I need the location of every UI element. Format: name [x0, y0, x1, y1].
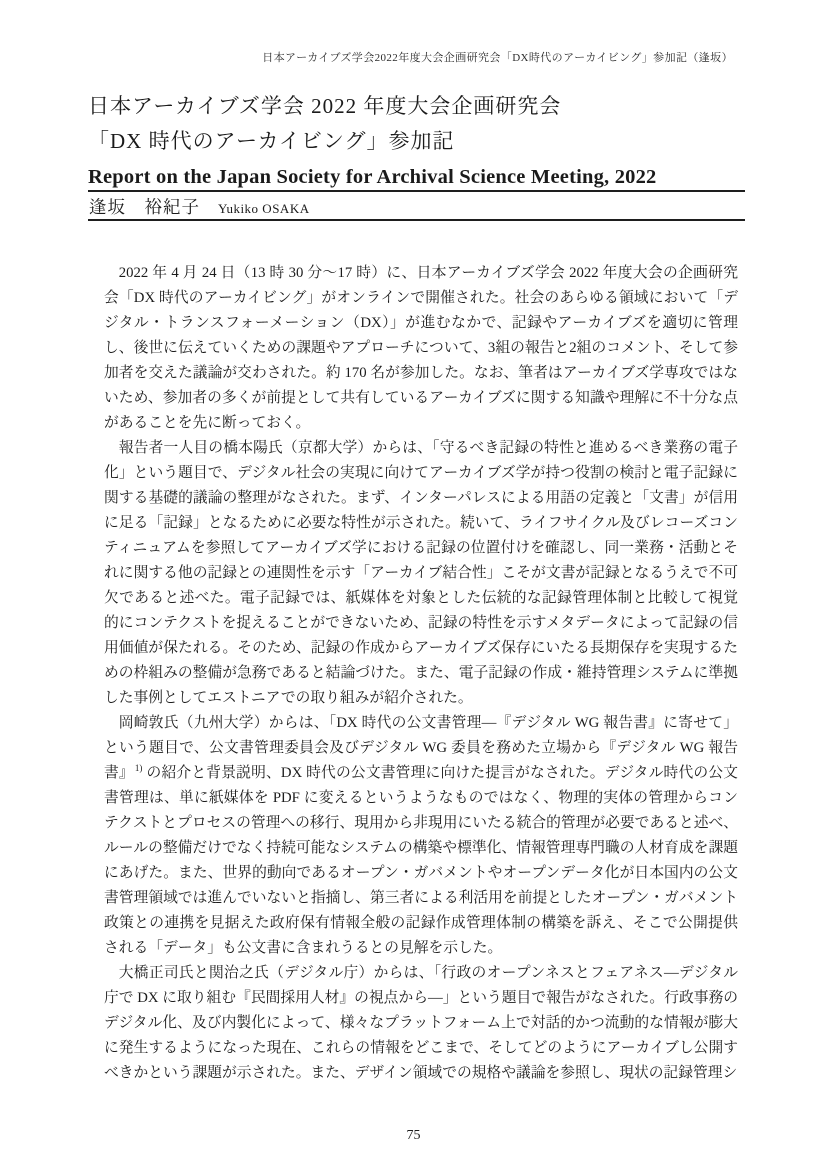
- author-block-bottom-rule: [88, 219, 745, 221]
- author-name-romanized: Yukiko OSAKA: [218, 201, 310, 216]
- author-name-japanese: 逢坂 裕紀子: [89, 197, 200, 217]
- article-body: 2022 年 4 月 24 日（13 時 30 分～17 時）に、日本アーカイブ…: [104, 261, 738, 1086]
- running-header: 日本アーカイブズ学会2022年度大会企画研究会「DX時代のアーカイビング」参加記…: [88, 49, 733, 65]
- article-title-line1: 日本アーカイブズ学会 2022 年度大会企画研究会: [88, 89, 745, 124]
- paragraph-introduction: 2022 年 4 月 24 日（13 時 30 分～17 時）に、日本アーカイブ…: [104, 261, 738, 436]
- article-title-line2: 「DX 時代のアーカイビング」参加記: [88, 124, 745, 159]
- article-title-english: Report on the Japan Society for Archival…: [88, 166, 745, 189]
- paragraph-report-ohashi-seki: 大橋正司氏と関治之氏（デジタル庁）からは、「行政のオープンネスとフェアネス―デジ…: [104, 961, 738, 1086]
- paragraph-report-okazaki-text-after-note: の紹介と背景説明、DX 時代の公文書管理に向けた提言がなされた。デジタル時代の公…: [104, 765, 738, 956]
- author-line: 逢坂 裕紀子 Yukiko OSAKA: [89, 194, 746, 219]
- article-title-japanese: 日本アーカイブズ学会 2022 年度大会企画研究会 「DX 時代のアーカイビング…: [88, 89, 745, 159]
- page-number: 75: [0, 1128, 827, 1144]
- footnote-ref-1: 1): [135, 763, 143, 773]
- author-block-top-rule: [88, 190, 745, 192]
- paragraph-report-okazaki: 岡崎敦氏（九州大学）からは、「DX 時代の公文書管理―『デジタル WG 報告書』…: [104, 711, 738, 961]
- journal-page: 日本アーカイブズ学会2022年度大会企画研究会「DX時代のアーカイビング」参加記…: [0, 0, 827, 1170]
- paragraph-report-hashimoto: 報告者一人目の橋本陽氏（京都大学）からは、「守るべき記録の特性と進めるべき業務の…: [104, 436, 738, 711]
